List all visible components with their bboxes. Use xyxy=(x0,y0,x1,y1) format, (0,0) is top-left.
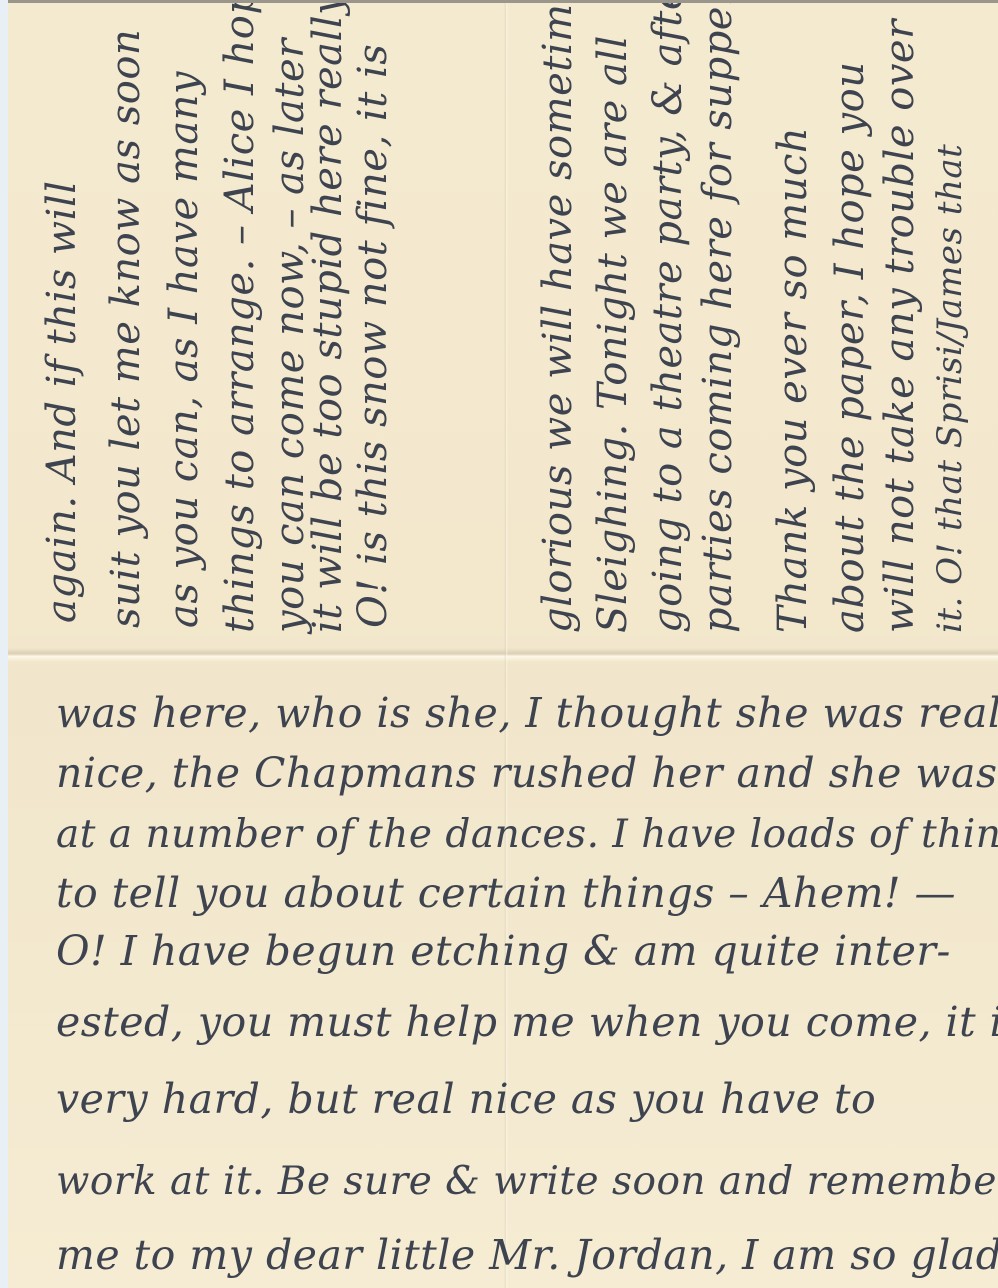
rotated-line: suit you let me know as soon xyxy=(106,29,146,628)
text-line: was here, who is she, I thought she was … xyxy=(56,689,998,737)
rotated-line: glorious we will have sometime xyxy=(538,0,578,633)
rotated-line: it will be too stupid here really. xyxy=(308,0,348,633)
text-line: me to my dear little Mr. Jordan, I am so… xyxy=(56,1231,998,1279)
rotated-line: as you can, as I have many xyxy=(164,71,204,628)
rotated-line: things to arrange. – Alice I hope xyxy=(220,0,260,633)
rotated-line: again. And if this will xyxy=(42,180,82,623)
letter-page: again. And if this will suit you let me … xyxy=(8,0,998,1288)
rotated-line: going to a theatre party, & after xyxy=(648,0,688,633)
text-line: at a number of the dances. I have loads … xyxy=(56,811,998,859)
rotated-line: you can come now, – as later xyxy=(270,38,310,633)
rotated-line: O! is this snow not fine, it is xyxy=(353,44,393,628)
rotated-line: Thank you ever so much xyxy=(773,127,813,633)
rotated-line: will not take any trouble over xyxy=(880,19,920,633)
rotated-line: parties coming here for supper. xyxy=(698,0,738,633)
text-line: work at it. Be sure & write soon and rem… xyxy=(56,1158,998,1206)
text-line: nice, the Chapmans rushed her and she wa… xyxy=(56,749,998,797)
rotated-line: about the paper, I hope you xyxy=(830,62,870,634)
text-line: to tell you about certain things – Ahem!… xyxy=(56,869,956,917)
rotated-line: it. O! that Sprisi/James that xyxy=(930,144,970,633)
text-line: ested, you must help me when you come, i… xyxy=(56,998,998,1046)
rotated-line: Sleighing. Tonight we are all xyxy=(593,35,633,633)
text-line: O! I have begun etching & am quite inter… xyxy=(56,927,951,975)
horizontal-fold-crease xyxy=(8,648,998,662)
text-line: very hard, but real nice as you have to xyxy=(56,1075,876,1123)
